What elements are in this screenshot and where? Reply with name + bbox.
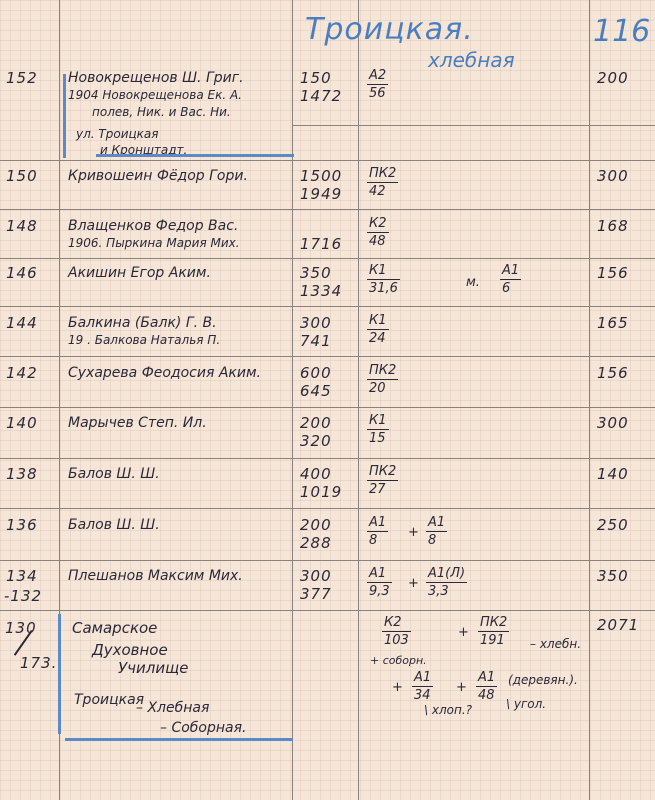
owner-name: Плешанов Максим Мих.: [68, 568, 243, 584]
entry-number: 130: [5, 620, 37, 636]
street-title: Троицкая.: [305, 12, 474, 47]
value-2: 645: [300, 383, 332, 399]
fraction: К124: [367, 313, 389, 346]
value-2: 1716: [300, 236, 342, 252]
fraction: А19,3: [367, 566, 392, 599]
entry-number: 150: [6, 168, 38, 184]
formula-note: \ хлоп.?: [424, 702, 472, 718]
ledger-page: Троицкая. хлебная 116 152Новокрещенов Ш.…: [0, 0, 655, 800]
owner-name: Новокрещенов Ш. Григ.: [68, 70, 244, 86]
value-1: 200: [300, 415, 332, 431]
formula-note: \ угол.: [506, 696, 546, 712]
value-1: 150: [300, 70, 332, 86]
fraction: А256: [367, 68, 388, 101]
entry-number: 146: [6, 265, 38, 281]
entry-number: 142: [6, 365, 38, 381]
owner-name: Балов Ш. Ш.: [68, 517, 160, 533]
row-rule: [0, 407, 655, 408]
owner-name: 19 . Балкова Наталья П.: [68, 332, 220, 348]
row-total: 350: [597, 568, 629, 584]
plus-sign: +: [408, 576, 419, 592]
entry-number-2: 173.: [20, 655, 57, 671]
row-rule: [0, 560, 655, 561]
blue-bracket: [63, 74, 66, 158]
street-line: – Соборная.: [160, 720, 246, 736]
fraction: К115: [367, 413, 389, 446]
page-number: 116: [593, 14, 650, 49]
value-2: 288: [300, 535, 332, 551]
address-note: ул. Троицкая: [76, 126, 158, 142]
row-total: 300: [597, 168, 629, 184]
row-total: 156: [597, 365, 629, 381]
row-rule: [0, 458, 655, 459]
value-1: 200: [300, 517, 332, 533]
institution-line: Училище: [118, 660, 188, 676]
owner-name: Балкина (Балк) Г. В.: [68, 315, 217, 331]
value-1: 300: [300, 315, 332, 331]
row-rule: [0, 258, 655, 259]
owner-name: 1906. Пыркина Мария Мих.: [68, 235, 240, 251]
entry-number: 134: [6, 568, 38, 584]
row-rule: [0, 508, 655, 509]
fraction: ПК227: [367, 464, 398, 497]
owner-name: Акишин Егор Аким.: [68, 265, 211, 281]
value-2: 1472: [300, 88, 342, 104]
row-rule: [0, 610, 655, 611]
entry-number-2: -132: [4, 588, 42, 604]
value-2: 1949: [300, 186, 342, 202]
formula-note: – хлебн.: [530, 636, 581, 652]
entry-number: 136: [6, 517, 38, 533]
value-2: 320: [300, 433, 332, 449]
column-rule: [292, 0, 293, 800]
owner-name: Сухарева Феодосия Аким.: [68, 365, 261, 381]
row-rule: [0, 160, 655, 161]
owner-name: Кривошеин Фёдор Гори.: [68, 168, 248, 184]
value-1: 600: [300, 365, 332, 381]
fraction: А134: [412, 670, 433, 703]
row-total: 168: [597, 218, 629, 234]
value-2: 1019: [300, 484, 342, 500]
value-2: 377: [300, 586, 332, 602]
plus-sign: +: [456, 680, 467, 696]
row-rule: [0, 209, 655, 210]
row-rule: [0, 306, 655, 307]
plus-sign: +: [408, 525, 419, 541]
row-rule: [0, 356, 655, 357]
institution-line: Духовное: [92, 642, 168, 658]
street-subtitle: хлебная: [428, 48, 515, 72]
entry-number: 148: [6, 218, 38, 234]
row-total: 300: [597, 415, 629, 431]
fraction: А16: [500, 263, 521, 296]
blue-underline: [65, 738, 293, 741]
value-2: 1334: [300, 283, 342, 299]
owner-name: Марычев Степ. Ил.: [68, 415, 207, 431]
value-1: 1500: [300, 168, 342, 184]
column-rule: [358, 0, 359, 800]
institution-line: Самарское: [72, 620, 157, 636]
blue-bracket: [58, 614, 61, 734]
entry-number: 138: [6, 466, 38, 482]
value-1: 300: [300, 568, 332, 584]
entry-number: 144: [6, 315, 38, 331]
street-line: – Хлебная: [136, 700, 209, 716]
fraction: К2103: [382, 615, 411, 648]
owner-name: 1904 Новокрещенова Ек. А.: [68, 87, 242, 103]
row-total: 140: [597, 466, 629, 482]
row-total: 156: [597, 265, 629, 281]
entry-number: 152: [6, 70, 38, 86]
row-total: 2071: [597, 617, 639, 633]
owner-name: полев, Ник. и Вас. Ни.: [92, 104, 231, 120]
row-total: 250: [597, 517, 629, 533]
fraction: ПК242: [367, 166, 398, 199]
fraction: А148: [476, 670, 497, 703]
blue-underline: [96, 154, 294, 157]
column-rule: [589, 0, 590, 800]
entry-number: 140: [6, 415, 38, 431]
fraction: ПК2191: [478, 615, 509, 648]
value-2: 741: [300, 333, 332, 349]
formula-note: (деревян.).: [508, 672, 578, 688]
row-total: 200: [597, 70, 629, 86]
row-rule: [292, 125, 655, 126]
row-total: 165: [597, 315, 629, 331]
fraction: А18: [426, 515, 447, 548]
owner-name: Балов Ш. Ш.: [68, 466, 160, 482]
fraction: К248: [367, 216, 389, 249]
fraction: А18: [367, 515, 388, 548]
extra-prefix: м.: [466, 275, 480, 291]
fraction: К131,6: [367, 263, 400, 296]
fraction: ПК220: [367, 363, 398, 396]
value-1: 400: [300, 466, 332, 482]
street-line: Троицкая: [74, 692, 144, 708]
formula-note: + соборн.: [370, 653, 427, 669]
owner-name: Влащенков Федор Вас.: [68, 218, 238, 234]
plus-sign: +: [458, 625, 469, 641]
plus-sign: +: [392, 680, 403, 696]
fraction: А1(Л)3,3: [426, 566, 467, 599]
value-1: 350: [300, 265, 332, 281]
